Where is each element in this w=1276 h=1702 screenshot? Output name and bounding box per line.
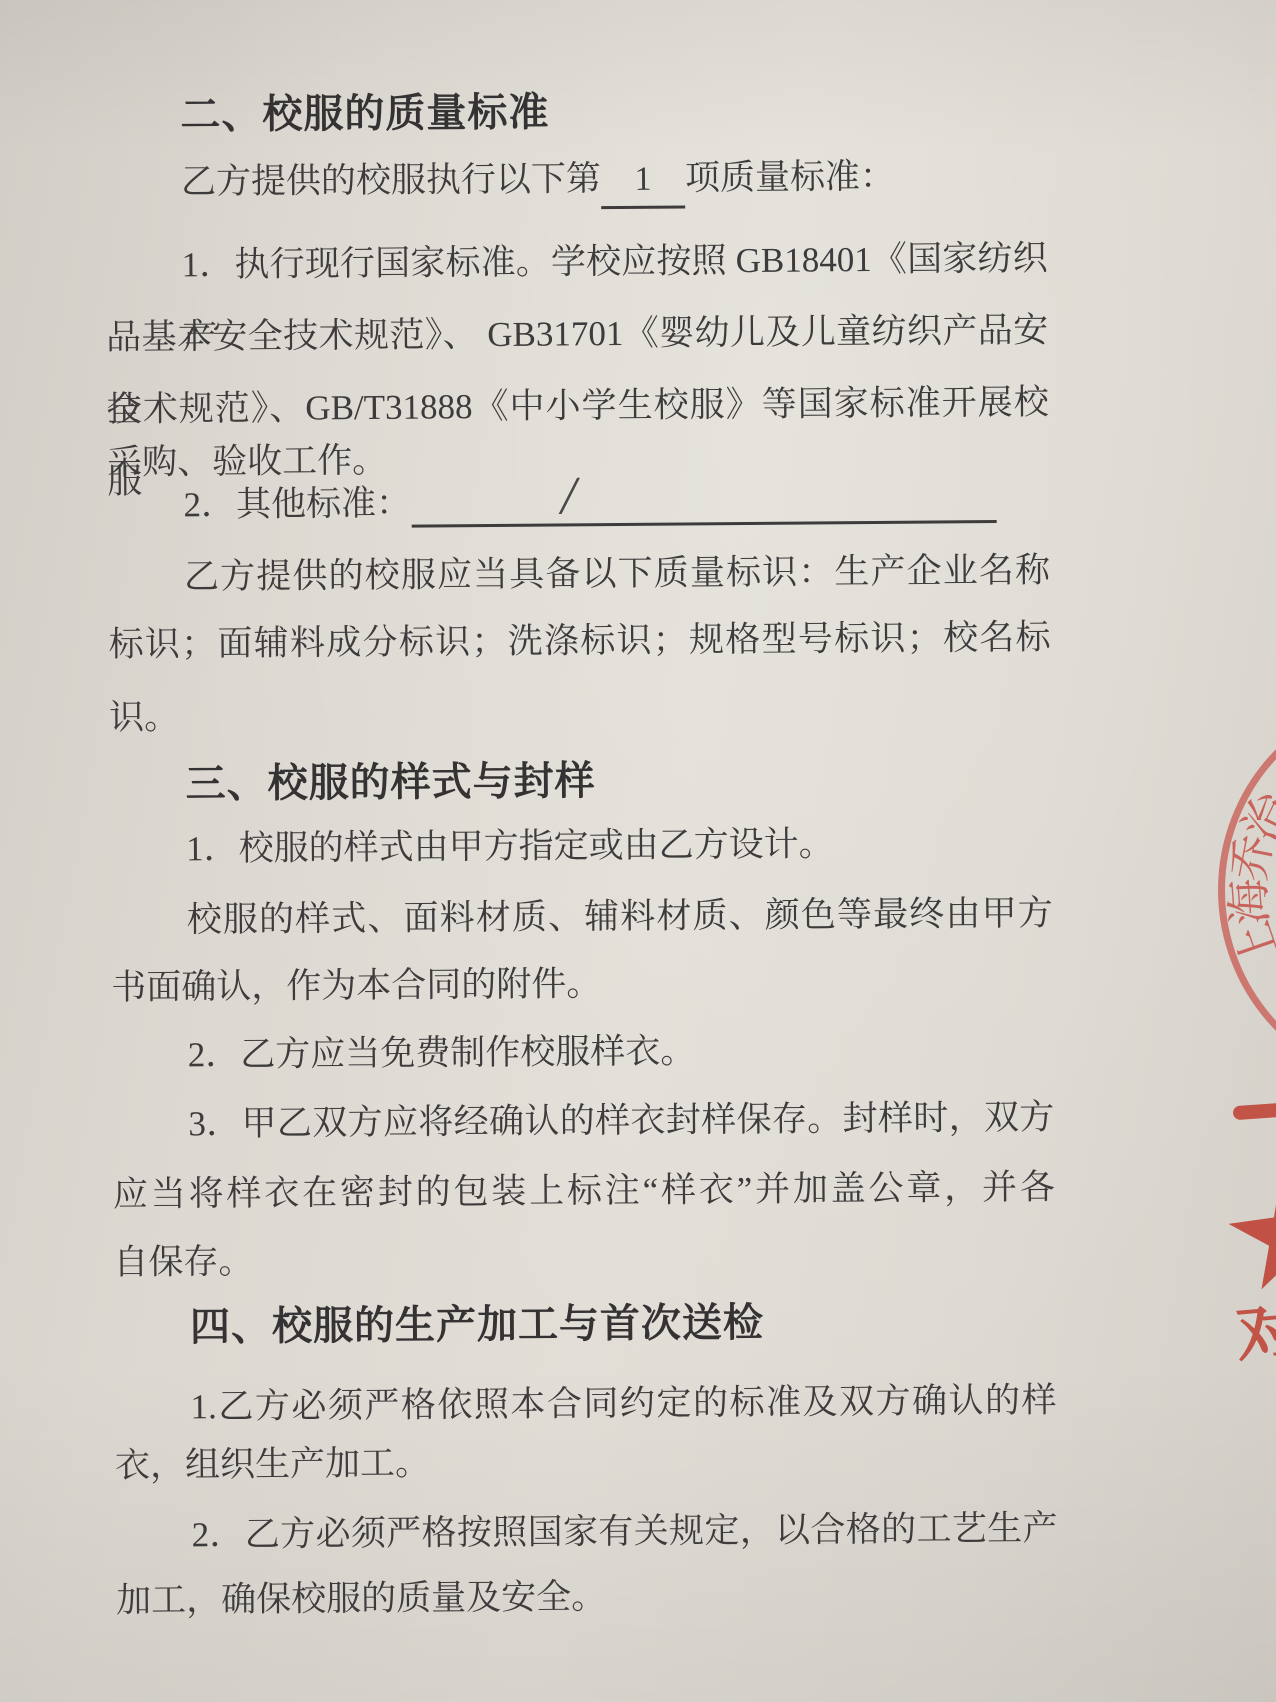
- text-line: 品基本安全技术规范》、 GB31701《婴幼儿及儿童纺织产品安全: [106, 295, 1049, 374]
- text-segment: 乙方提供的校服执行以下第: [181, 159, 601, 201]
- blank-underline-value: 1: [601, 157, 685, 209]
- text-line: 乙方提供的校服执行以下第1项质量标准：: [105, 140, 1048, 219]
- contract-text-block: 二、校服的质量标准乙方提供的校服执行以下第1项质量标准：1．执行现行国家标准。学…: [0, 0, 1276, 1702]
- text-line: 2．其他标准：/: [107, 463, 1050, 542]
- text-line: 应当将样衣在密封的包装上标注“样衣”并加盖公章，并各: [113, 1152, 1056, 1231]
- text-line: 标识；面辅料成分标识；洗涤标识；规格型号标识；校名标: [108, 602, 1051, 681]
- blank-underline-slash: /: [411, 463, 996, 528]
- text-line: 衣，组织生产加工。: [115, 1423, 1058, 1502]
- text-line: 3．甲乙双方应将经确认的样衣封样保存。封样时，双方: [112, 1082, 1055, 1161]
- section-heading: 四、校服的生产加工与首次送检: [114, 1285, 1057, 1364]
- text-line: 加工，确保校服的质量及安全。: [116, 1558, 1059, 1637]
- text-segment: 2．其他标准：: [183, 484, 411, 525]
- text-line: 2．乙方应当免费制作校服样衣。: [112, 1013, 1055, 1092]
- text-line: 书面确认，作为本合同的附件。: [111, 945, 1054, 1024]
- text-line: 1．执行现行国家标准。学校应按照 GB18401《国家纺织产: [105, 223, 1048, 302]
- text-segment: 项质量标准：: [685, 157, 895, 198]
- contract-page: 二、校服的质量标准乙方提供的校服执行以下第1项质量标准：1．执行现行国家标准。学…: [0, 0, 1276, 1702]
- text-line: 1．校服的样式由甲方指定或由乙方设计。: [110, 807, 1053, 886]
